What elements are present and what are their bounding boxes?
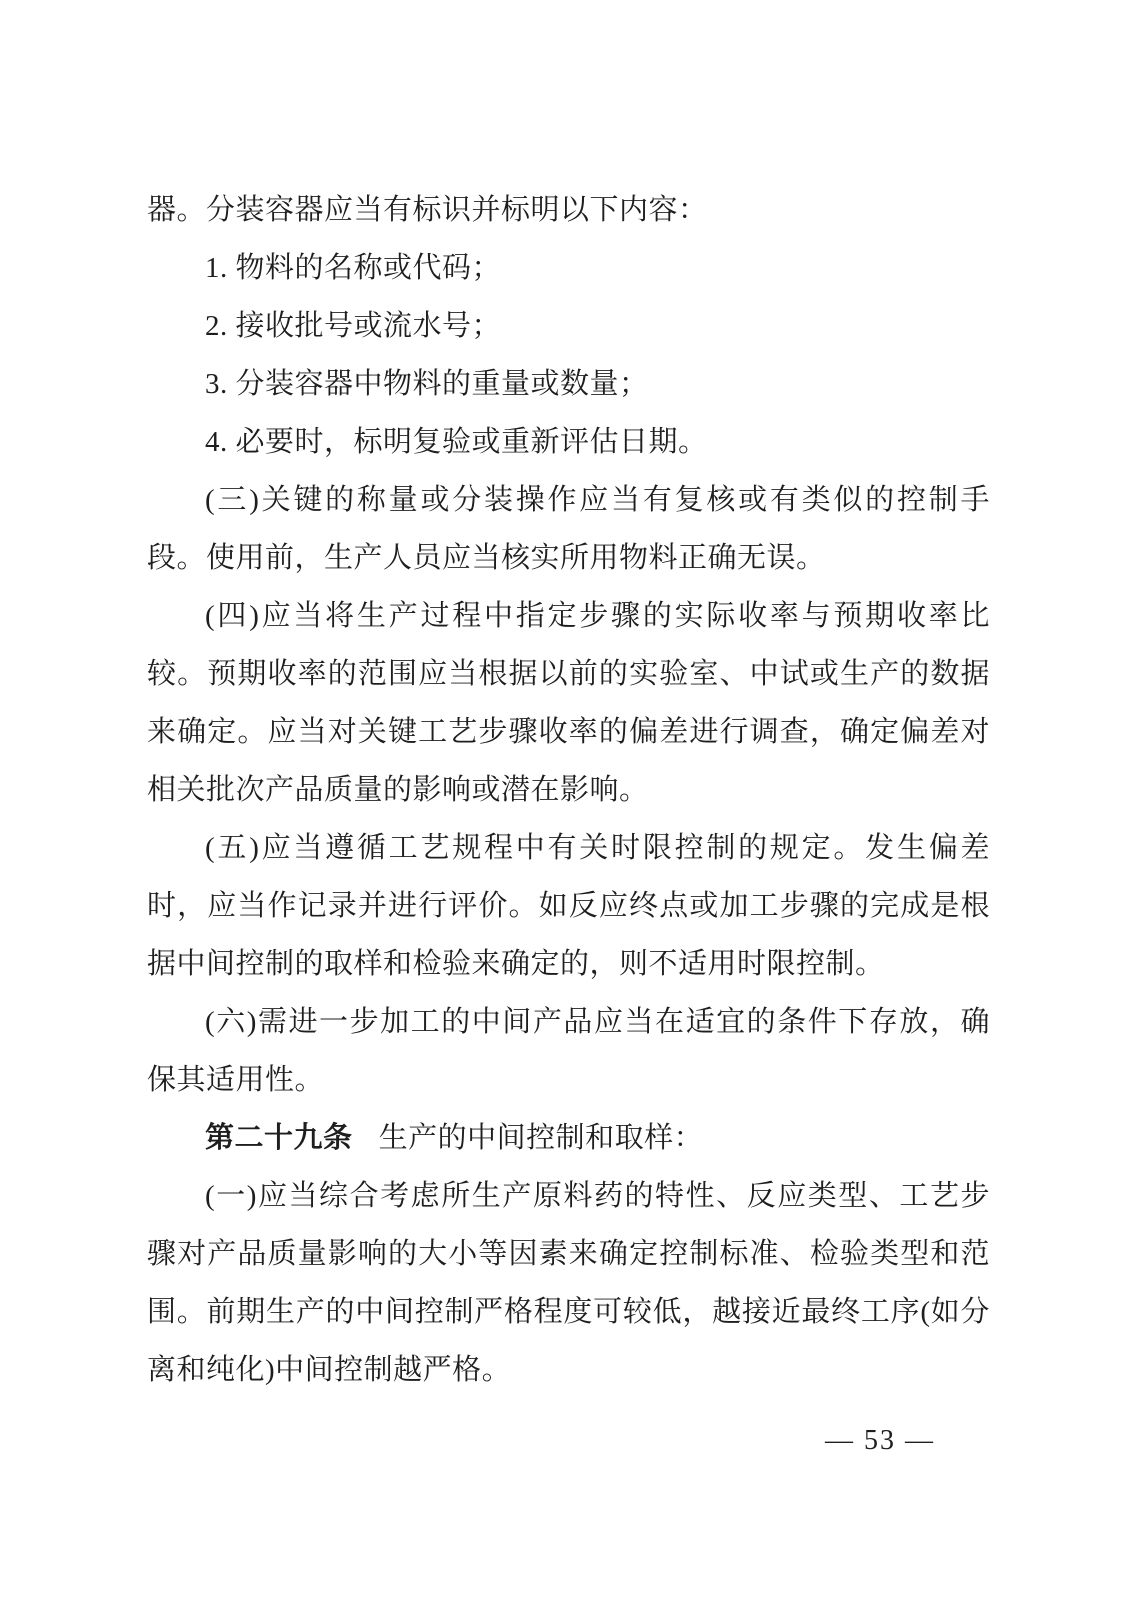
body-line: 器。分装容器应当有标识并标明以下内容：: [147, 181, 990, 239]
body-line: (六)需进一步加工的中间产品应当在适宜的条件下存放，确: [147, 993, 990, 1051]
article-title: 生产的中间控制和取样：: [379, 1122, 704, 1154]
list-item-2: 2. 接收批号或流水号；: [147, 297, 990, 355]
body-line: (四)应当将生产过程中指定步骤的实际收率与预期收率比: [147, 587, 990, 645]
body-line: (五)应当遵循工艺规程中有关时限控制的规定。发生偏差: [147, 819, 990, 877]
list-item-3: 3. 分装容器中物料的重量或数量；: [147, 355, 990, 413]
body-line: 来确定。应当对关键工艺步骤收率的偏差进行调查，确定偏差对: [147, 703, 990, 761]
body-line: 较。预期收率的范围应当根据以前的实验室、中试或生产的数据: [147, 645, 990, 703]
body-line: (三)关键的称量或分装操作应当有复核或有类似的控制手: [147, 471, 990, 529]
document-page: 器。分装容器应当有标识并标明以下内容： 1. 物料的名称或代码； 2. 接收批号…: [0, 0, 1131, 1600]
body-line: 围。前期生产的中间控制严格程度可较低，越接近最终工序(如分: [147, 1283, 990, 1341]
body-line: 段。使用前，生产人员应当核实所用物料正确无误。: [147, 529, 990, 587]
body-line: 骤对产品质量影响的大小等因素来确定控制标准、检验类型和范: [147, 1225, 990, 1283]
body-line: 相关批次产品质量的影响或潜在影响。: [147, 761, 990, 819]
list-item-1: 1. 物料的名称或代码；: [147, 239, 990, 297]
article-heading: 第二十九条生产的中间控制和取样：: [147, 1109, 990, 1167]
article-number: 第二十九条: [205, 1122, 353, 1154]
body-line: 时，应当作记录并进行评价。如反应终点或加工步骤的完成是根: [147, 877, 990, 935]
page-number: — 53 —: [825, 1425, 935, 1457]
body-text: 器。分装容器应当有标识并标明以下内容： 1. 物料的名称或代码； 2. 接收批号…: [147, 181, 990, 1399]
body-line: 据中间控制的取样和检验来确定的，则不适用时限控制。: [147, 935, 990, 993]
body-line: (一)应当综合考虑所生产原料药的特性、反应类型、工艺步: [147, 1167, 990, 1225]
body-line: 离和纯化)中间控制越严格。: [147, 1341, 990, 1399]
body-line: 保其适用性。: [147, 1051, 990, 1109]
list-item-4: 4. 必要时，标明复验或重新评估日期。: [147, 413, 990, 471]
